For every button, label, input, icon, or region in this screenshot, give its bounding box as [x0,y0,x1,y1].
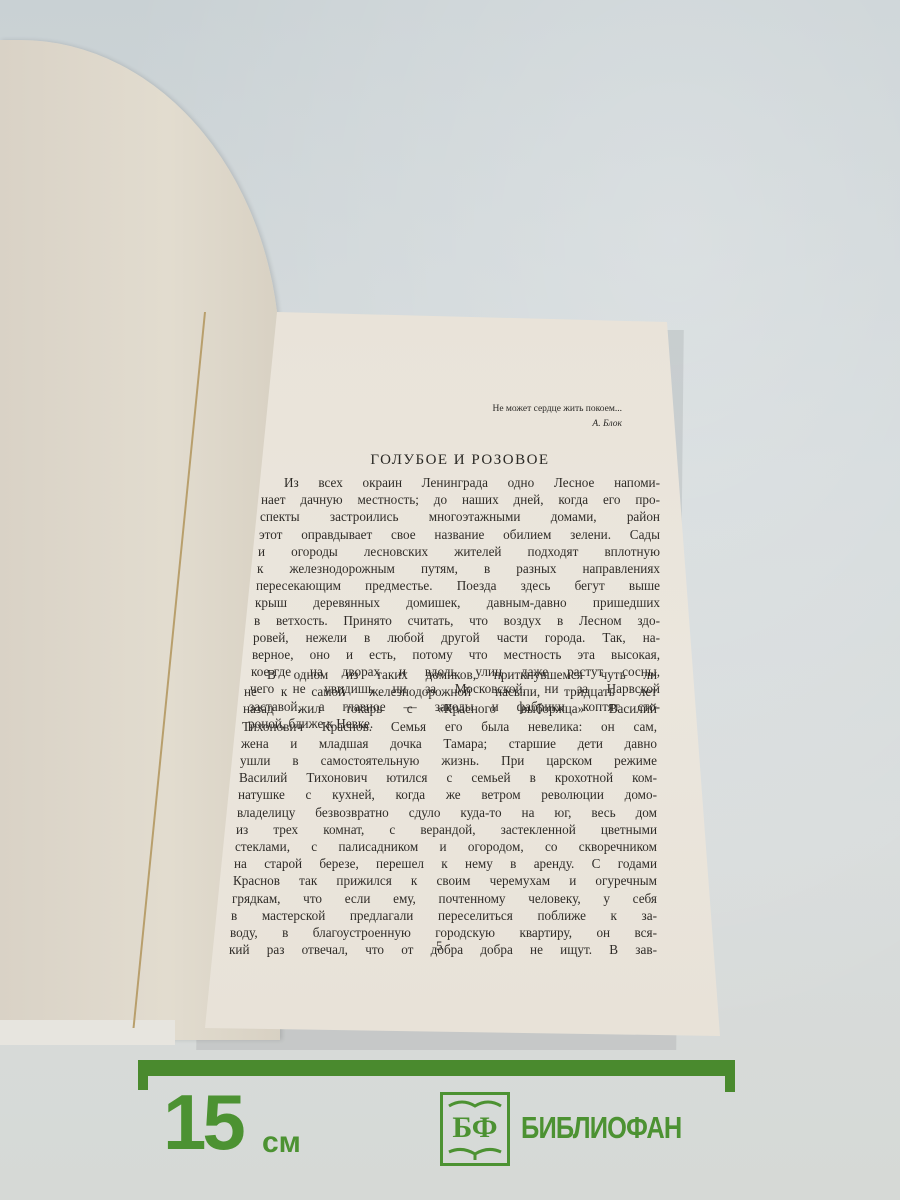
text-line: Василий Тихонович ютился с семьей в крох… [239,769,657,786]
page-number: 5 [436,938,443,954]
logo-letters: БФ [447,1111,503,1145]
text-line: кий раз отвечал, что от добра добра не и… [229,941,657,958]
text-line: жена и младшая дочка Тамара; старшие дет… [241,735,657,752]
text-line: не к самой железнодорожной насыпи, тридц… [244,683,657,700]
text-line: этот оправдывает свое название обилием з… [259,526,660,543]
chapter-title: ГОЛУБОЕ И РОЗОВОЕ [300,452,620,469]
text-line: стеклами, с палисадником и огородом, со … [235,838,657,855]
text-line: ушли в самостоятельную жизнь. При царско… [240,752,657,769]
text-line: грядкам, что если ему, почтенному челове… [232,890,657,907]
text-line: из трех комнат, с верандой, застекленной… [236,821,657,838]
left-page-stack [0,1020,175,1045]
size-ruler-tick-left [138,1060,148,1090]
epigraph-quote: Не может сердце жить покоем... [440,402,622,417]
text-line: Тихонович Краснов. Семья его была невели… [242,718,657,735]
text-line: ровей, нежели в любой другой части город… [253,629,660,646]
epigraph: Не может сердце жить покоем... А. Блок [440,402,622,432]
text-line: крыш деревянных домишек, давным-давно пр… [255,594,660,611]
text-line: воду, в благоустроенную городскую кварти… [230,924,657,941]
text-line: В одном из таких домиков, приткнувшемся … [245,666,657,683]
size-value: 15 [163,1080,242,1165]
text-line: назад жил токарь с «Красного выборжца» В… [243,700,657,717]
text-line: верное, оно и есть, потому что местность… [252,646,660,663]
text-line: нает дачную местность; до наших дней, ко… [261,491,660,508]
text-line: натушке с кухней, когда же ветром револю… [238,786,657,803]
text-line: пересекающим предместье. Поезда здесь бе… [256,577,660,594]
brand-name: БИБЛИОФАН [521,1110,681,1146]
text-line: в ветхость. Принято считать, что воздух … [254,612,660,629]
text-line: в мастерской предлагали переселиться поб… [231,907,657,924]
size-unit: см [262,1126,301,1160]
size-ruler-tick-right [725,1060,735,1092]
text-line: и огороды лесновских жителей подходят вп… [258,543,660,560]
size-ruler-bar [138,1060,735,1076]
text-line: Из всех окраин Ленинграда одно Лесное на… [262,474,660,491]
text-line: на старой березе, перешел к нему в аренд… [234,855,657,872]
text-line: Краснов так прижился к своим черемухам и… [233,872,657,889]
paragraph-2: В одном из таких домиков, приткнувшемся … [245,666,657,958]
text-line: к железнодорожным путям, в разных направ… [257,560,660,577]
text-line: спекты застроились многоэтажными домами,… [260,508,660,525]
text-line: владелицу безвозвратно сдуло куда-то на … [237,804,657,821]
epigraph-author: А. Блок [440,417,622,432]
